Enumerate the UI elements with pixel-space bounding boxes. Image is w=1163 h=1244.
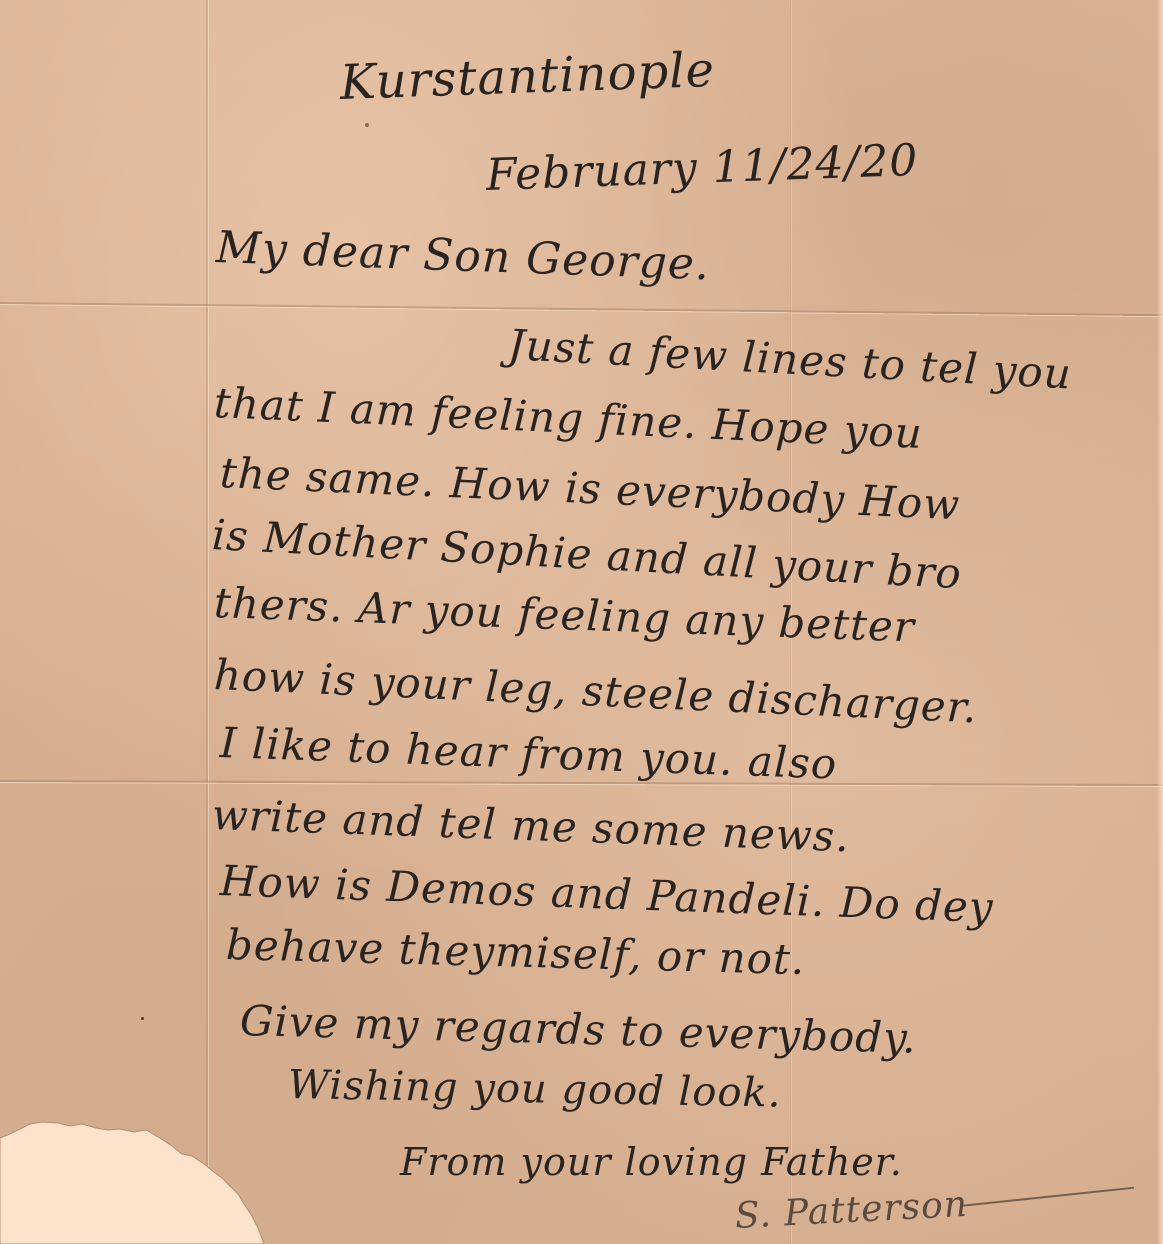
letter-salutation: My dear Son George.: [215, 222, 711, 290]
letter-signature: S. Patterson: [734, 1184, 969, 1237]
letter-date: February 11/24/20: [485, 135, 919, 201]
letter-body-line: I like to hear from you. also: [219, 718, 838, 789]
letter-valediction: From your loving Father.: [400, 1140, 903, 1184]
ink-speck: [141, 1017, 144, 1020]
letter-paper: Kurstantinople February 11/24/20 My dear…: [0, 0, 1163, 1244]
signature-flourish: [960, 1187, 1134, 1207]
vertical-fold-line: [206, 0, 208, 1244]
letter-body-line: that I am feeling fine. Hope you: [213, 378, 924, 458]
letter-body-line: how is your leg, steele discharger.: [213, 650, 979, 732]
letter-body-line: How is Demos and Pandeli. Do dey: [219, 856, 994, 932]
letter-closing: Wishing you good look.: [288, 1062, 782, 1117]
paper-edge: [1157, 0, 1163, 1244]
letter-place: Kurstantinople: [339, 42, 716, 111]
ink-speck: [365, 123, 369, 127]
torn-corner: [0, 1120, 300, 1244]
letter-body-line: behave theymiself, or not.: [225, 920, 805, 984]
letter-body-line: write and tel me some news.: [211, 790, 850, 861]
letter-body-line: Give my regards to everybody.: [239, 996, 917, 1063]
horizontal-fold-line-upper: [0, 302, 1163, 316]
horizontal-fold-line-lower: [0, 780, 1163, 786]
